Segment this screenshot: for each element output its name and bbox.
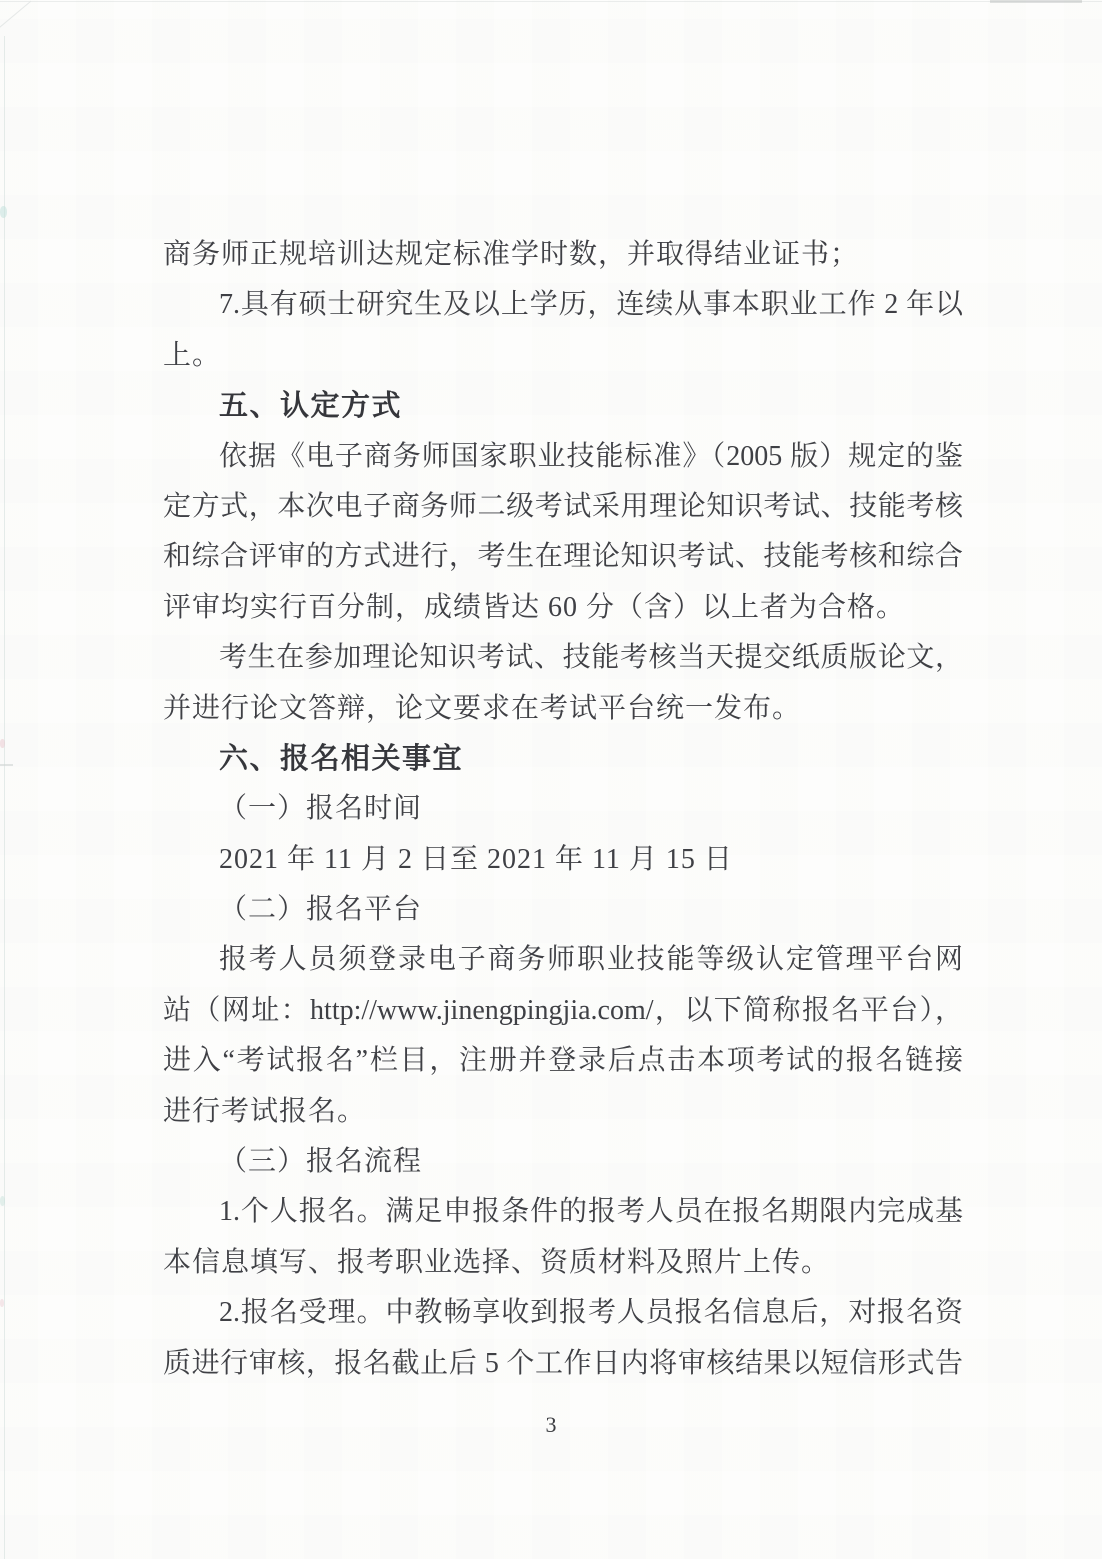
text-line: 并进行论文答辩，论文要求在考试平台统一发布。 <box>163 684 963 734</box>
scan-speck <box>0 764 13 766</box>
text-line: 依据《电子商务师国家职业技能标准》（2005 版）规定的鉴 <box>163 432 963 482</box>
section-heading-5: 五、认定方式 <box>163 381 963 431</box>
text-line: 和综合评审的方式进行，考生在理论知识考试、技能考核和综合 <box>163 532 963 582</box>
scan-speck <box>0 206 7 218</box>
text-line: 上。 <box>163 331 963 381</box>
text-line: 7.具有硕士研究生及以上学历，连续从事本职业工作 2 年以 <box>163 280 963 330</box>
scan-speck <box>0 1196 5 1206</box>
page-number: 3 <box>0 1412 1102 1438</box>
text-line: 本信息填写、报考职业选择、资质材料及照片上传。 <box>163 1238 963 1288</box>
text-line: 评审均实行百分制，成绩皆达 60 分（含）以上者为合格。 <box>163 583 963 633</box>
subsection-heading-1: （一）报名时间 <box>163 784 963 834</box>
registration-dates: 2021 年 11 月 2 日至 2021 年 11 月 15 日 <box>163 835 963 885</box>
scan-corner-artifact <box>0 1 31 29</box>
scan-speck <box>0 739 5 748</box>
scan-speck <box>0 1299 4 1307</box>
document-page: 商务师正规培训达规定标准学时数，并取得结业证书； 7.具有硕士研究生及以上学历，… <box>0 0 1102 1559</box>
text-line: 报考人员须登录电子商务师职业技能等级认定管理平台网 <box>163 935 963 985</box>
text-line: 2.报名受理。中教畅享收到报考人员报名信息后，对报名资 <box>163 1288 963 1338</box>
text-line: 质进行审核，报名截止后 5 个工作日内将审核结果以短信形式告 <box>163 1339 963 1389</box>
document-body: 商务师正规培训达规定标准学时数，并取得结业证书； 7.具有硕士研究生及以上学历，… <box>163 230 963 1389</box>
text-line: 考生在参加理论知识考试、技能考核当天提交纸质版论文， <box>163 633 963 683</box>
scan-speck <box>990 0 1082 3</box>
text-line: 进入“考试报名”栏目，注册并登录后点击本项考试的报名链接 <box>163 1036 963 1086</box>
text-line: 定方式，本次电子商务师二级考试采用理论知识考试、技能考核 <box>163 482 963 532</box>
scan-left-edge-line <box>4 36 5 1559</box>
scan-top-edge-line <box>0 1 1102 2</box>
subsection-heading-3: （三）报名流程 <box>163 1137 963 1187</box>
text-line: 商务师正规培训达规定标准学时数，并取得结业证书； <box>163 230 963 280</box>
text-line: 进行考试报名。 <box>163 1087 963 1137</box>
subsection-heading-2: （二）报名平台 <box>163 885 963 935</box>
text-line-with-url: 站（网址：http://www.jinengpingjia.com/，以下简称报… <box>163 986 963 1036</box>
section-heading-6: 六、报名相关事宜 <box>163 734 963 784</box>
text-line: 1.个人报名。满足申报条件的报考人员在报名期限内完成基 <box>163 1187 963 1237</box>
